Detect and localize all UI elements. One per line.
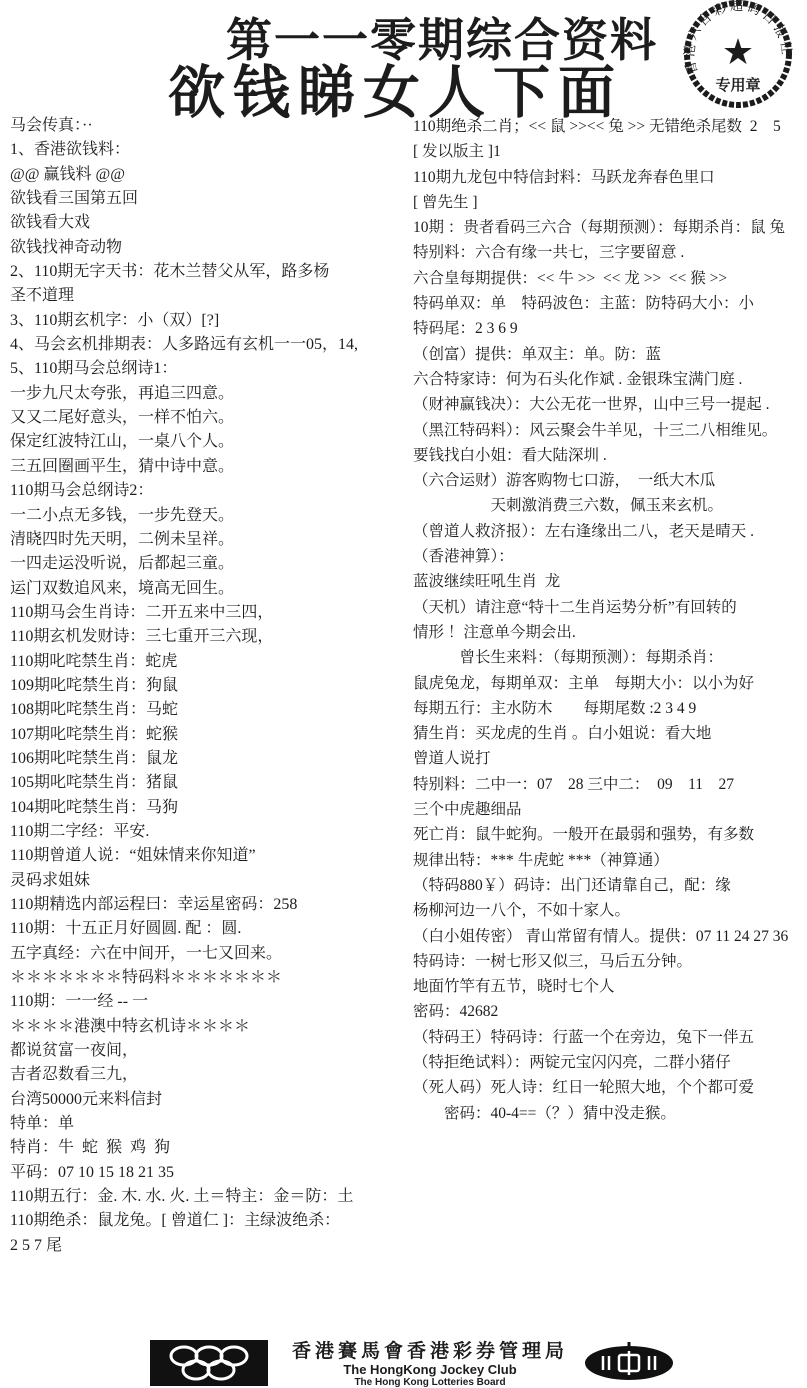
text-line: 曾道人说打 [413,746,807,771]
text-line: 马会传真：·· [10,114,410,138]
footer-org-en1: The HongKong Jockey Club [285,1363,575,1377]
text-line: 密码：40-4==（？）猜中没走猴。 [413,1101,807,1126]
text-line: 天刺激消费三六数，佩玉来玄机。 [413,493,807,518]
footer: 香港賽馬會香港彩券管理局 The HongKong Jockey Club Th… [0,1334,807,1388]
text-line: 欲钱看大戏 [10,211,410,235]
footer-org-en2: The Hong Kong Lotteries Board [285,1377,575,1388]
text-line: 110期：一一经 -- 一 [10,990,410,1014]
text-line: 10期 ：贵者看码三六合（每期预测）：每期杀肖：鼠 兔 [413,215,807,240]
text-line: 每期五行：主水防木 每期尾数 :2 3 4 9 [413,696,807,721]
text-line: 三五回圈画平生，猜中诗中意。 [10,455,410,479]
text-line: 105期叱咤禁生肖：猪鼠 [10,771,410,795]
text-line: [ 发以版主 ]1 [413,139,807,164]
text-line: （香港神算）： [413,544,807,569]
text-line: 110期五行：金. 木. 水. 火. 土＝特主：金＝防：土 [10,1185,410,1209]
text-line: 圣不道理 [10,284,410,308]
text-line: 鼠虎兔龙，每期单双：主单 每期大小：以小为好 [413,671,807,696]
jockey-club-logo-icon [150,1340,268,1386]
text-line: 107期叱咤禁生肖：蛇猴 [10,723,410,747]
text-line: 地面竹竿有五节，晓时七个人 [413,974,807,999]
text-line: 110期绝杀二肖；<< 鼠 >><< 兔 >> 无错绝杀尾数 2 5 [413,114,807,139]
text-line: 六合特家诗：何为石头化作斌 . 金银珠宝满门庭 . [413,367,807,392]
text-line: 4、马会玄机排期表：人多路远有玄机一一05，14, [10,333,410,357]
text-line: 110期：十五正月好圆圆. 配 ：圆. [10,917,410,941]
text-line: 5、110期马会总纲诗1： [10,357,410,381]
text-line: 运门双数追风来，境高无回生。 [10,577,410,601]
text-line: 清晓四时先天明，二例未呈祥。 [10,528,410,552]
text-line: （六合运财）游客购物七口游， 一纸大木瓜 [413,468,807,493]
text-line: 109期叱咤禁生肖：狗鼠 [10,674,410,698]
text-line: 灵码求姐妹 [10,869,410,893]
text-line: （天机）请注意“特十二生肖运势分析”有回转的 [413,595,807,620]
footer-org-cn: 香港賽馬會香港彩券管理局 [285,1336,575,1363]
text-line: （财神赢钱决）：大公无花一世界，山中三号一提起 . [413,392,807,417]
text-line: 一四走运没听说，后都起三童。 [10,552,410,576]
text-line: 要钱找白小姐：看大陆深圳 . [413,443,807,468]
text-line: 110期玄机发财诗：三七重开三六现， [10,625,410,649]
text-line: 平码：07 10 15 18 21 35 [10,1161,410,1185]
text-line: [ 曾先生 ] [413,190,807,215]
text-line: 110期二字经：平安. [10,820,410,844]
text-line: 杨柳河边一八个，不如十家人。 [413,898,807,923]
newspaper-seal-stamp: 香港六合彩超码日报社 ★ 专用章 [672,0,804,112]
text-line: 台湾50000元来料信封 [10,1088,410,1112]
text-line: 3、110期玄机字：小（双）[?] [10,309,410,333]
text-line: （特码880￥）码诗：出门还请靠自己，配：缘 [413,873,807,898]
text-line: ＊＊＊＊港澳中特玄机诗＊＊＊＊ [10,1015,410,1039]
text-line: 110期曾道人说：“姐妹情来你知道” [10,844,410,868]
text-line: ＊＊＊＊＊＊＊特码料＊＊＊＊＊＊＊ [10,966,410,990]
text-line: （死人码）死人诗：红日一轮照大地，个个都可爱 [413,1075,807,1100]
text-line: （特拒绝试料）：两锭元宝闪闪亮，二群小猪仔 [413,1050,807,1075]
text-line: 110期马会生肖诗：二开五来中三四， [10,601,410,625]
text-line: 特别料：六合有缘一共七，三字要留意 . [413,240,807,265]
text-line: 2 5 7 尾 [10,1234,410,1258]
text-line: （特码王）特码诗：行蓝一个在旁边，兔下一伴五 [413,1025,807,1050]
text-line: 保定红波特江山，一桌八个人。 [10,430,410,454]
text-line: 特单：单 [10,1112,410,1136]
text-line: 欲钱看三国第五回 [10,187,410,211]
tip-sheet-page: 第一一零期综合资料 欲钱睇女人下面 香港六合彩超码日报社 ★ 专用章 马会传真：… [0,0,807,1388]
text-line: 又又二尾好意头，一样不怕六。 [10,406,410,430]
footer-org-text: 香港賽馬會香港彩券管理局 The HongKong Jockey Club Th… [285,1336,575,1388]
text-line: 特码尾：2 3 6 9 [413,316,807,341]
text-line: 规律出特：*** 牛虎蛇 ***（神算通） [413,848,807,873]
right-column: 110期绝杀二肖；<< 鼠 >><< 兔 >> 无错绝杀尾数 2 5[ 发以版主… [413,114,807,1126]
left-column: 马会传真：··1、香港欲钱料：@@ 赢钱料 @@欲钱看三国第五回欲钱看大戏欲钱找… [10,114,410,1258]
text-line: 情形 ！注意单今期会出. [413,620,807,645]
text-line: 110期九龙包中特信封料：马跃龙奔春色里口 [413,165,807,190]
text-line: 特别料：二中一：07 28 三中二： 09 11 27 [413,772,807,797]
text-line: 吉者忍数看三九， [10,1063,410,1087]
text-line: 五字真经：六在中间开，一七又回来。 [10,942,410,966]
text-line: 2、110期无字天书：花木兰替父从军，路多杨 [10,260,410,284]
text-line: （曾道人救济报）：左右逢缘出二八，老天是晴天 . [413,519,807,544]
text-line: 六合皇每期提供：<< 牛 >> << 龙 >> << 猴 >> [413,266,807,291]
star-icon: ★ [722,32,754,72]
text-line: 110期精选内部运程曰：幸运星密码：258 [10,893,410,917]
text-line: （白小姐传密） 青山常留有情人。提供：07 11 24 27 36 [413,924,807,949]
text-line: 104期叱咤禁生肖：马狗 [10,796,410,820]
text-line: 一二小点无多钱，一步先登天。 [10,504,410,528]
text-line: 110期马会总纲诗2： [10,479,410,503]
text-line: 曾长生来料：（每期预测）：每期杀肖： [413,645,807,670]
text-line: 特肖：牛 蛇 猴 鸡 狗 [10,1136,410,1160]
text-line: 特码单双：单 特码波色：主蓝：防特码大小：小 [413,291,807,316]
text-line: （创富）提供：单双主：单。防：蓝 [413,342,807,367]
seal-center-label: 专用章 [715,76,760,94]
text-line: 密码：42682 [413,999,807,1024]
lotteries-board-logo-icon [583,1342,675,1382]
text-line: 1、香港欲钱料： [10,138,410,162]
text-line: 都说贫富一夜间， [10,1039,410,1063]
text-line: 欲钱找神奇动物 [10,236,410,260]
text-line: 108期叱咤禁生肖：马蛇 [10,698,410,722]
text-line: @@ 赢钱料 @@ [10,163,410,187]
text-line: 死亡肖：鼠牛蛇狗。一般开在最弱和强势，有多数 [413,822,807,847]
text-line: 106期叱咤禁生肖：鼠龙 [10,747,410,771]
text-line: 一步九尺太夸张，再追三四意。 [10,382,410,406]
text-line: 特码诗：一树七形又似三，马后五分钟。 [413,949,807,974]
text-line: 110期绝杀：鼠龙兔。[ 曾道仁 ]：主绿波绝杀： [10,1209,410,1233]
text-line: （黑江特码料）：风云聚会牛羊见，十三二八相维见。 [413,418,807,443]
text-line: 三个中虎趣细品 [413,797,807,822]
text-line: 110期叱咤禁生肖：蛇虎 [10,650,410,674]
text-line: 蓝波继续旺吼生肖 龙 [413,569,807,594]
text-line: 猜生肖：买龙虎的生肖 。白小姐说：看大地 [413,721,807,746]
